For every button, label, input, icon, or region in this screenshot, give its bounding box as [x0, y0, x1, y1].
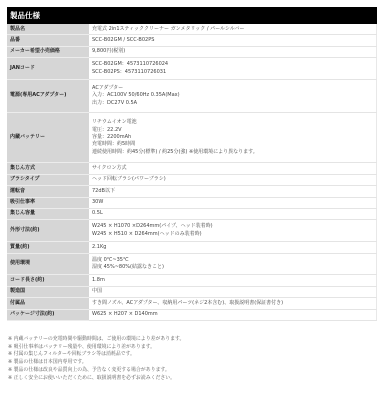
- value-line: 入力：AC100V 50/60Hz 0.35A(Max): [92, 92, 373, 99]
- row-label: パッケージ寸法(約): [7, 309, 89, 320]
- row-value: 0.5L: [89, 208, 377, 219]
- table-row: 付属品 すき間ノズル、ACアダプター、収納用パーツ(ネジ2本含む)、取扱説明書(…: [7, 298, 377, 309]
- value-line: W245 × H1070 ×D264mm(パイプ、ヘッド装着時): [92, 223, 373, 230]
- value-line: 9,800円(税別): [92, 48, 373, 55]
- value-line: SCC-B02GM：4573110726024: [92, 61, 373, 68]
- value-line: リチウムイオン電池: [92, 119, 373, 126]
- table-row: メーカー希望小売価格 9,800円(税別): [7, 46, 377, 57]
- table-row: 電源(専用ACアダプター) ACアダプター 入力：AC100V 50/60Hz …: [7, 80, 377, 113]
- table-row: 集じん方式 サイクロン方式: [7, 163, 377, 174]
- row-label: ブラシタイプ: [7, 174, 89, 185]
- value-line: ヘッド回転ブラシ(パワーブラシ): [92, 176, 373, 183]
- table-row: 外形寸法(約) W245 × H1070 ×D264mm(パイプ、ヘッド装着時)…: [7, 220, 377, 242]
- row-label: 吸引仕事率: [7, 197, 89, 208]
- value-line: W625 × H207 × D140mm: [92, 311, 373, 318]
- row-value: 温度 0℃~35℃ 湿度 45%~80%(結露なきこと): [89, 253, 377, 275]
- value-line: 30W: [92, 199, 373, 206]
- row-value: W245 × H1070 ×D264mm(パイプ、ヘッド装着時) W245 × …: [89, 220, 377, 242]
- value-line: 充電時間：約5時間: [92, 141, 373, 148]
- row-value: 9,800円(税別): [89, 46, 377, 57]
- note-item: ※ 内蔵バッテリーの充電時間や駆動時間は、ご使用の環境により差があります。: [8, 336, 184, 344]
- row-value: すき間ノズル、ACアダプター、収納用パーツ(ネジ2本含む)、取扱説明書(保証書付…: [89, 298, 377, 309]
- table-row: 集じん容量 0.5L: [7, 208, 377, 219]
- table-row: 運転音 72dB以下: [7, 186, 377, 197]
- row-label: 運転音: [7, 186, 89, 197]
- value-line: 連続使用時間：約45分(標準) / 約25分(強) ※使用環境により異なります。: [92, 149, 373, 156]
- note-item: ※ 付属の集じんフィルターや回転ブラシ等は消耗品です。: [8, 351, 184, 359]
- table-row: 使用環境 温度 0℃~35℃ 湿度 45%~80%(結露なきこと): [7, 253, 377, 275]
- row-label: JANコード: [7, 58, 89, 80]
- row-value: 2.1Kg: [89, 242, 377, 253]
- row-value: ヘッド回転ブラシ(パワーブラシ): [89, 174, 377, 185]
- value-line: W245 × H510 × D264mm(ヘッドのみ装着時): [92, 231, 373, 238]
- table-row: 製造国 中国: [7, 286, 377, 297]
- table-row: 吸引仕事率 30W: [7, 197, 377, 208]
- table-row: JANコード SCC-B02GM：4573110726024 SCC-B02PS…: [7, 58, 377, 80]
- note-item: ※ 製品の仕様は改良や品質向上の為、予告なく変更する場合があります。: [8, 367, 184, 375]
- note-item: ※ 正しく安全にお使いいただくために、取扱説明書を必ずお読みください。: [8, 375, 184, 383]
- row-label: 内蔵バッテリー: [7, 113, 89, 163]
- row-label: メーカー希望小売価格: [7, 46, 89, 57]
- row-value: 1.8m: [89, 275, 377, 286]
- value-line: すき間ノズル、ACアダプター、収納用パーツ(ネジ2本含む)、取扱説明書(保証書付…: [92, 300, 373, 307]
- note-item: ※ 製品の仕様は日本国内専用です。: [8, 359, 184, 367]
- row-value: 中国: [89, 286, 377, 297]
- table-row: ブラシタイプ ヘッド回転ブラシ(パワーブラシ): [7, 174, 377, 185]
- value-line: 2.1Kg: [92, 244, 373, 251]
- row-label: 外形寸法(約): [7, 220, 89, 242]
- value-line: 湿度 45%~80%(結露なきこと): [92, 264, 373, 271]
- row-label: 使用環境: [7, 253, 89, 275]
- value-line: 0.5L: [92, 210, 373, 217]
- notes-list: ※ 内蔵バッテリーの充電時間や駆動時間は、ご使用の環境により差があります。 ※ …: [8, 336, 184, 382]
- row-label: 製品名: [7, 24, 89, 35]
- row-value: SCC-B02GM / SCC-B02PS: [89, 35, 377, 46]
- row-label: 電源(専用ACアダプター): [7, 80, 89, 113]
- value-line: 電圧：22.2V: [92, 127, 373, 134]
- spec-section: 製品仕様 製品名 充電式 2in1スティッククリーナー ガンメタリック / パー…: [7, 7, 377, 321]
- row-value: 充電式 2in1スティッククリーナー ガンメタリック / パールシルバー: [89, 24, 377, 35]
- row-label: 質量(約): [7, 242, 89, 253]
- table-row: 品番 SCC-B02GM / SCC-B02PS: [7, 35, 377, 46]
- table-row: 質量(約) 2.1Kg: [7, 242, 377, 253]
- spec-title: 製品仕様: [7, 7, 377, 24]
- row-label: コード長さ(約): [7, 275, 89, 286]
- row-value: 72dB以下: [89, 186, 377, 197]
- spec-table: 製品名 充電式 2in1スティッククリーナー ガンメタリック / パールシルバー…: [7, 24, 377, 321]
- value-line: SCC-B02PS：4573110726031: [92, 69, 373, 76]
- row-value: サイクロン方式: [89, 163, 377, 174]
- value-line: 出力：DC27V 0.5A: [92, 100, 373, 107]
- row-value: ACアダプター 入力：AC100V 50/60Hz 0.35A(Max) 出力：…: [89, 80, 377, 113]
- value-line: 72dB以下: [92, 188, 373, 195]
- table-row: コード長さ(約) 1.8m: [7, 275, 377, 286]
- table-row: 内蔵バッテリー リチウムイオン電池 電圧：22.2V 容量：2200mAh 充電…: [7, 113, 377, 163]
- row-label: 付属品: [7, 298, 89, 309]
- value-line: サイクロン方式: [92, 165, 373, 172]
- table-row: パッケージ寸法(約) W625 × H207 × D140mm: [7, 309, 377, 320]
- value-line: SCC-B02GM / SCC-B02PS: [92, 37, 373, 44]
- value-line: 1.8m: [92, 277, 373, 284]
- value-line: 充電式 2in1スティッククリーナー ガンメタリック / パールシルバー: [92, 26, 373, 33]
- value-line: 温度 0℃~35℃: [92, 257, 373, 264]
- row-value: SCC-B02GM：4573110726024 SCC-B02PS：457311…: [89, 58, 377, 80]
- row-label: 集じん方式: [7, 163, 89, 174]
- value-line: 中国: [92, 288, 373, 295]
- table-row: 製品名 充電式 2in1スティッククリーナー ガンメタリック / パールシルバー: [7, 24, 377, 35]
- row-label: 製造国: [7, 286, 89, 297]
- row-value: リチウムイオン電池 電圧：22.2V 容量：2200mAh 充電時間：約5時間 …: [89, 113, 377, 163]
- row-label: 品番: [7, 35, 89, 46]
- row-value: W625 × H207 × D140mm: [89, 309, 377, 320]
- row-label: 集じん容量: [7, 208, 89, 219]
- row-value: 30W: [89, 197, 377, 208]
